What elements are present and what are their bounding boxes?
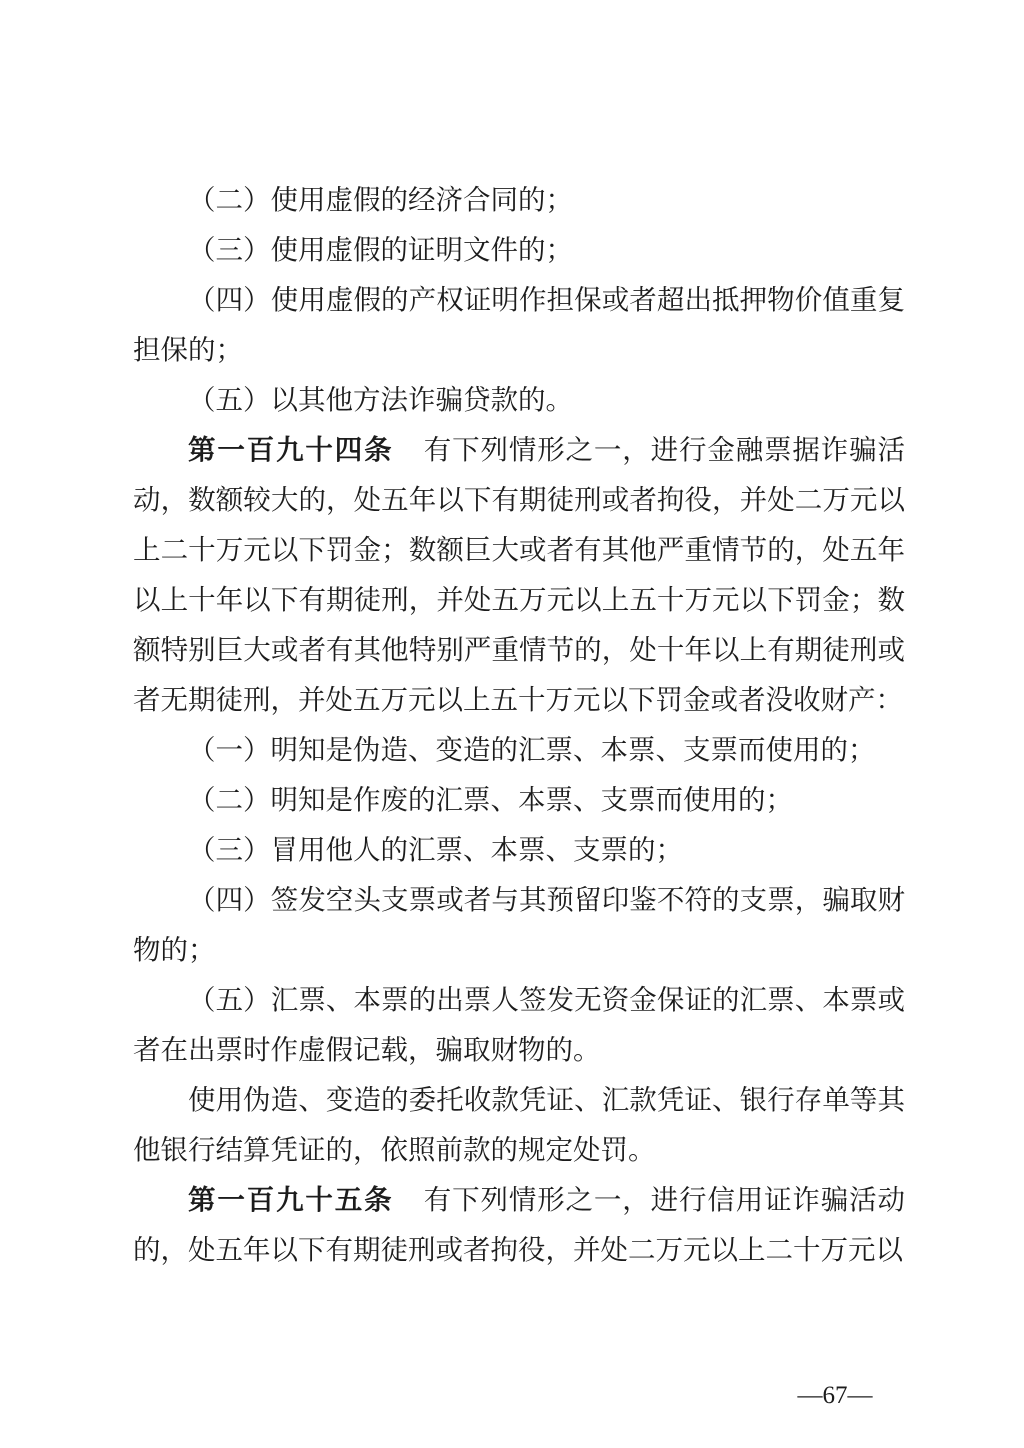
article-paragraph: 第一百九十五条有下列情形之一，进行信用证诈骗活动的，处五年以下有期徒刑或者拘役，… xyxy=(133,1175,905,1275)
paragraph-text: （四）使用虚假的产权证明作担保或者超出抵押物价值重复担保的； xyxy=(133,284,905,365)
document-body: （二）使用虚假的经济合同的；（三）使用虚假的证明文件的；（四）使用虚假的产权证明… xyxy=(133,175,905,1275)
paragraph-text: （三）冒用他人的汇票、本票、支票的； xyxy=(188,834,683,865)
clause-paragraph: （三）使用虚假的证明文件的； xyxy=(133,225,905,275)
clause-paragraph: （三）冒用他人的汇票、本票、支票的； xyxy=(133,825,905,875)
clause-paragraph: （五）汇票、本票的出票人签发无资金保证的汇票、本票或者在出票时作虚假记载，骗取财… xyxy=(133,975,905,1075)
document-page: （二）使用虚假的经济合同的；（三）使用虚假的证明文件的；（四）使用虚假的产权证明… xyxy=(0,0,1024,1448)
clause-paragraph: （五）以其他方法诈骗贷款的。 xyxy=(133,375,905,425)
paragraph-text: （五）以其他方法诈骗贷款的。 xyxy=(188,384,573,415)
article-paragraph: 第一百九十四条有下列情形之一，进行金融票据诈骗活动，数额较大的，处五年以下有期徒… xyxy=(133,425,905,725)
clause-paragraph: （四）使用虚假的产权证明作担保或者超出抵押物价值重复担保的； xyxy=(133,275,905,375)
article-number: 第一百九十五条 xyxy=(188,1184,394,1215)
clause-paragraph: （二）使用虚假的经济合同的； xyxy=(133,175,905,225)
clause-paragraph: （四）签发空头支票或者与其预留印鉴不符的支票，骗取财物的； xyxy=(133,875,905,975)
paragraph-text: （二）明知是作废的汇票、本票、支票而使用的； xyxy=(188,784,793,815)
paragraph-text: 有下列情形之一，进行金融票据诈骗活动，数额较大的，处五年以下有期徒刑或者拘役，并… xyxy=(133,434,905,715)
article-number: 第一百九十四条 xyxy=(188,434,394,465)
paragraph-text: （四）签发空头支票或者与其预留印鉴不符的支票，骗取财物的； xyxy=(133,884,905,965)
clause-paragraph: 使用伪造、变造的委托收款凭证、汇款凭证、银行存单等其他银行结算凭证的，依照前款的… xyxy=(133,1075,905,1175)
clause-paragraph: （二）明知是作废的汇票、本票、支票而使用的； xyxy=(133,775,905,825)
paragraph-text: （五）汇票、本票的出票人签发无资金保证的汇票、本票或者在出票时作虚假记载，骗取财… xyxy=(133,984,905,1065)
paragraph-text: （二）使用虚假的经济合同的； xyxy=(188,184,573,215)
paragraph-text: 使用伪造、变造的委托收款凭证、汇款凭证、银行存单等其他银行结算凭证的，依照前款的… xyxy=(133,1084,905,1165)
paragraph-text: （一）明知是伪造、变造的汇票、本票、支票而使用的； xyxy=(188,734,876,765)
page-number: —67— xyxy=(760,1382,910,1410)
paragraph-text: （三）使用虚假的证明文件的； xyxy=(188,234,573,265)
clause-paragraph: （一）明知是伪造、变造的汇票、本票、支票而使用的； xyxy=(133,725,905,775)
